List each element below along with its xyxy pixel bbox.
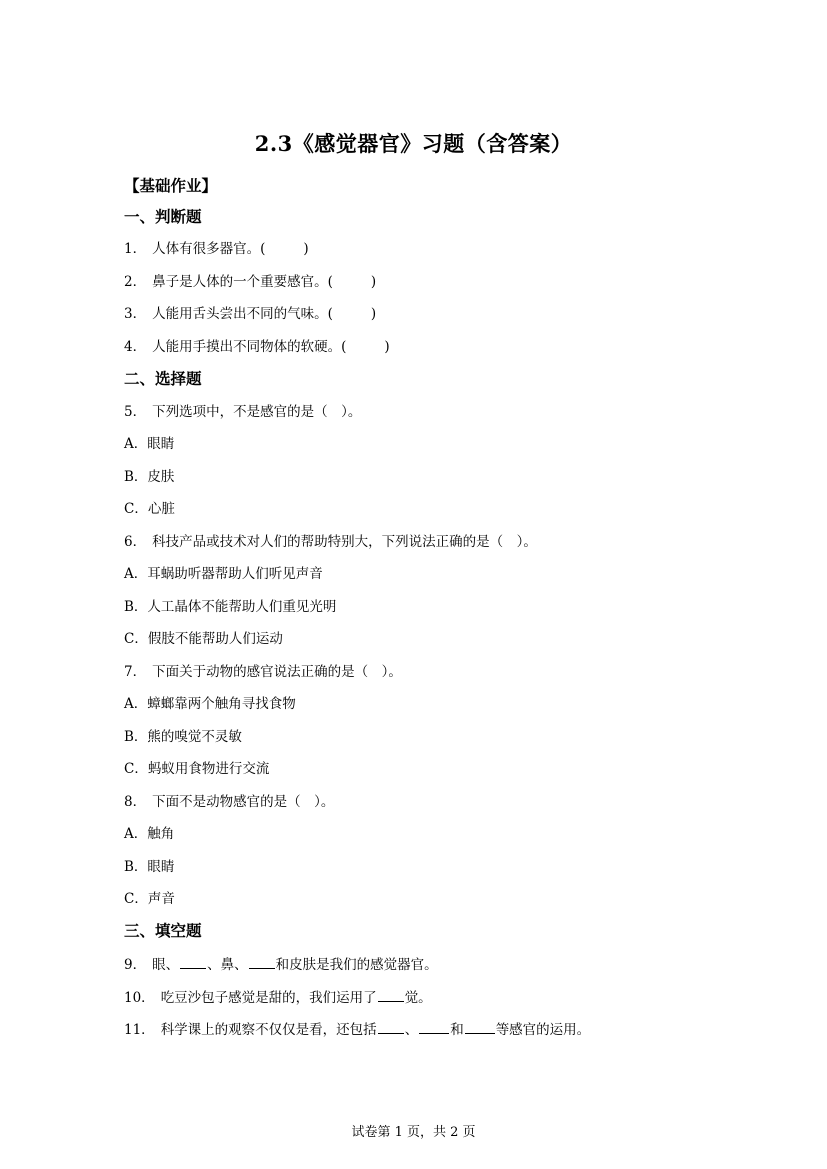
question-text: 人能用舌头尝出不同的气味。( <box>152 306 333 322</box>
answer-paren-close: ) <box>371 306 376 322</box>
answer-blank[interactable] <box>249 956 275 969</box>
option-6a: A．耳蜗助听器帮助人们听见声音 <box>124 562 323 582</box>
text-part: 眼、 <box>152 957 179 973</box>
question-8: 8．下面不是动物感官的是（ ）。 <box>124 790 334 810</box>
option-5a: A．眼睛 <box>124 432 174 452</box>
option-8a: A．触角 <box>124 822 174 842</box>
option-5c: C．心脏 <box>124 497 175 517</box>
question-text: 人能用手摸出不同物体的软硬。( <box>152 339 346 355</box>
text-part: 和皮肤是我们的感觉器官。 <box>276 957 438 973</box>
question-text: 下面关于动物的感官说法正确的是（ ）。 <box>152 664 402 680</box>
option-7a: A．蟑螂靠两个触角寻找食物 <box>124 692 296 712</box>
question-number: 5． <box>124 400 146 420</box>
question-10: 10．吃豆沙包子感觉是甜的，我们运用了觉。 <box>124 986 432 1006</box>
question-number: 8． <box>124 790 146 810</box>
question-number: 11． <box>124 1018 155 1038</box>
option-8c: C．声音 <box>124 887 175 907</box>
answer-blank[interactable] <box>378 989 404 1002</box>
question-number: 10． <box>124 986 155 1006</box>
question-9: 9．眼、、鼻、和皮肤是我们的感觉器官。 <box>124 953 438 973</box>
question-number: 1． <box>124 237 146 257</box>
answer-blank[interactable] <box>419 1021 449 1034</box>
question-text: 下面不是动物感官的是（ ）。 <box>152 794 334 810</box>
question-number: 3． <box>124 302 146 322</box>
question-1: 1．人体有很多器官。() <box>124 237 309 257</box>
question-text: 鼻子是人体的一个重要感官。( <box>152 274 333 290</box>
answer-blank[interactable] <box>465 1021 495 1034</box>
option-6c: C．假肢不能帮助人们运动 <box>124 627 283 647</box>
question-5: 5．下列选项中，不是感官的是（ ）。 <box>124 400 361 420</box>
text-part: 、 <box>405 1022 419 1038</box>
question-number: 7． <box>124 660 146 680</box>
question-3: 3．人能用舌头尝出不同的气味。() <box>124 302 376 322</box>
answer-blank[interactable] <box>378 1021 404 1034</box>
question-number: 9． <box>124 953 146 973</box>
option-7c: C．蚂蚁用食物进行交流 <box>124 757 269 777</box>
question-2: 2．鼻子是人体的一个重要感官。() <box>124 270 376 290</box>
text-part: 、鼻、 <box>207 957 248 973</box>
question-text: 人体有很多器官。( <box>152 241 265 257</box>
page-footer: 试卷第 1 页，共 2 页 <box>0 1121 827 1140</box>
text-part: 觉。 <box>405 990 432 1006</box>
text-part: 等感官的运用。 <box>496 1022 591 1038</box>
answer-paren-close: ) <box>371 274 376 290</box>
answer-blank[interactable] <box>180 956 206 969</box>
text-part: 科学课上的观察不仅仅是看，还包括 <box>161 1022 377 1038</box>
answer-paren-close: ) <box>303 241 308 257</box>
section-heading-fill-blank: 三、填空题 <box>124 919 202 941</box>
option-8b: B．眼睛 <box>124 855 174 875</box>
answer-paren-close: ) <box>384 339 389 355</box>
question-4: 4．人能用手摸出不同物体的软硬。() <box>124 335 390 355</box>
question-number: 6． <box>124 530 146 550</box>
question-text: 下列选项中，不是感官的是（ ）。 <box>152 404 361 420</box>
option-6b: B．人工晶体不能帮助人们重见光明 <box>124 595 336 615</box>
question-number: 4． <box>124 335 146 355</box>
text-part: 和 <box>450 1022 464 1038</box>
section-label: 【基础作业】 <box>124 174 217 196</box>
text-part: 吃豆沙包子感觉是甜的，我们运用了 <box>161 990 377 1006</box>
option-5b: B．皮肤 <box>124 465 174 485</box>
option-7b: B．熊的嗅觉不灵敏 <box>124 725 242 745</box>
question-7: 7．下面关于动物的感官说法正确的是（ ）。 <box>124 660 402 680</box>
section-heading-choice: 二、选择题 <box>124 367 202 389</box>
question-6: 6．科技产品或技术对人们的帮助特别大，下列说法正确的是（ ）。 <box>124 530 537 550</box>
question-11: 11．科学课上的观察不仅仅是看，还包括、和等感官的运用。 <box>124 1018 590 1038</box>
question-number: 2． <box>124 270 146 290</box>
page-title: 2.3《感觉器官》习题（含答案） <box>0 128 827 158</box>
question-text: 科技产品或技术对人们的帮助特别大，下列说法正确的是（ ）。 <box>152 534 537 550</box>
section-heading-judgment: 一、判断题 <box>124 205 202 227</box>
